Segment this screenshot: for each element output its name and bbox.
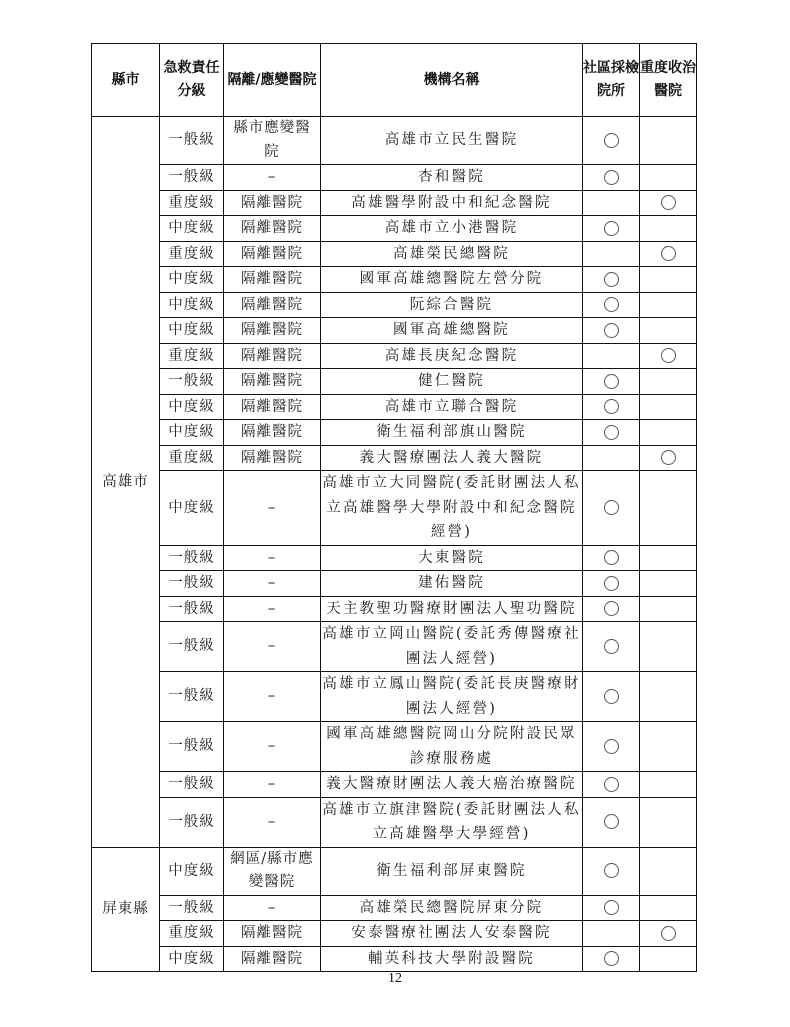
level-cell: 中度級 xyxy=(160,292,224,318)
severe-cell xyxy=(640,471,697,546)
institution-name-cell: 天主教聖功醫療財團法人聖功醫院 xyxy=(321,596,583,622)
circle-mark-icon xyxy=(661,926,676,941)
severe-cell xyxy=(640,318,697,344)
institution-name-cell: 衛生福利部旗山醫院 xyxy=(321,420,583,446)
severe-cell xyxy=(640,216,697,242)
severe-cell xyxy=(640,343,697,369)
institution-name-cell: 健仁醫院 xyxy=(321,369,583,395)
table-row: 中度級隔離醫院高雄市立聯合醫院 xyxy=(92,394,697,420)
institution-name-cell: 阮綜合醫院 xyxy=(321,292,583,318)
community-cell xyxy=(583,622,640,672)
circle-mark-icon xyxy=(604,863,619,878)
severe-cell xyxy=(640,847,697,895)
severe-cell xyxy=(640,895,697,921)
document-page: 縣市 急救責任分級 隔離/應變醫院 機構名稱 社區採檢院所 重度收治醫院 高雄市… xyxy=(0,0,790,1027)
institution-name-cell: 國軍高雄總醫院左營分院 xyxy=(321,267,583,293)
severe-cell xyxy=(640,797,697,847)
community-cell xyxy=(583,596,640,622)
severe-cell xyxy=(640,267,697,293)
isolation-cell: 隔離醫院 xyxy=(224,946,321,972)
isolation-cell: 隔離醫院 xyxy=(224,343,321,369)
isolation-cell: 隔離醫院 xyxy=(224,292,321,318)
community-cell xyxy=(583,545,640,571)
isolation-cell: 隔離醫院 xyxy=(224,921,321,947)
severe-cell xyxy=(640,596,697,622)
community-cell xyxy=(583,847,640,895)
severe-cell xyxy=(640,369,697,395)
institution-name-cell: 杏和醫院 xyxy=(321,165,583,191)
community-cell xyxy=(583,672,640,722)
header-name: 機構名稱 xyxy=(321,44,583,117)
level-cell: 一般級 xyxy=(160,797,224,847)
circle-mark-icon xyxy=(661,450,676,465)
level-cell: 中度級 xyxy=(160,847,224,895)
isolation-cell: – xyxy=(224,545,321,571)
institution-name-cell: 高雄市立大同醫院(委託財團法人私立高雄醫學大學附設中和紀念醫院經營) xyxy=(321,471,583,546)
table-row: 中度級隔離醫院衛生福利部旗山醫院 xyxy=(92,420,697,446)
table-row: 重度級隔離醫院高雄榮民總醫院 xyxy=(92,241,697,267)
table-row: 一般級–高雄市立岡山醫院(委託秀傳醫療社團法人經營) xyxy=(92,622,697,672)
isolation-cell: – xyxy=(224,722,321,772)
circle-mark-icon xyxy=(604,500,619,515)
isolation-cell: – xyxy=(224,797,321,847)
institution-name-cell: 安泰醫療社團法人安泰醫院 xyxy=(321,921,583,947)
severe-cell xyxy=(640,571,697,597)
circle-mark-icon xyxy=(604,639,619,654)
institution-name-cell: 輔英科技大學附設醫院 xyxy=(321,946,583,972)
isolation-cell: 隔離醫院 xyxy=(224,369,321,395)
community-cell xyxy=(583,946,640,972)
institution-name-cell: 高雄市立岡山醫院(委託秀傳醫療社團法人經營) xyxy=(321,622,583,672)
header-level: 急救責任分級 xyxy=(160,44,224,117)
severe-cell xyxy=(640,241,697,267)
isolation-cell: – xyxy=(224,596,321,622)
circle-mark-icon xyxy=(604,170,619,185)
circle-mark-icon xyxy=(661,348,676,363)
severe-cell xyxy=(640,117,697,165)
circle-mark-icon xyxy=(604,576,619,591)
isolation-cell: 隔離醫院 xyxy=(224,241,321,267)
circle-mark-icon xyxy=(661,246,676,261)
community-cell xyxy=(583,571,640,597)
level-cell: 重度級 xyxy=(160,241,224,267)
circle-mark-icon xyxy=(604,814,619,829)
isolation-cell: – xyxy=(224,622,321,672)
header-county: 縣市 xyxy=(92,44,160,117)
severe-cell xyxy=(640,722,697,772)
community-cell xyxy=(583,394,640,420)
table-row: 重度級隔離醫院高雄長庚紀念醫院 xyxy=(92,343,697,369)
level-cell: 中度級 xyxy=(160,946,224,972)
severe-cell xyxy=(640,165,697,191)
community-cell xyxy=(583,420,640,446)
table-row: 一般級–義大醫療財團法人義大癌治療醫院 xyxy=(92,772,697,798)
level-cell: 一般級 xyxy=(160,571,224,597)
circle-mark-icon xyxy=(604,374,619,389)
isolation-cell: 隔離醫院 xyxy=(224,318,321,344)
community-cell xyxy=(583,318,640,344)
table-row: 屏東縣中度級網區/縣市應變醫院衛生福利部屏東醫院 xyxy=(92,847,697,895)
table-row: 中度級隔離醫院輔英科技大學附設醫院 xyxy=(92,946,697,972)
community-cell xyxy=(583,772,640,798)
severe-cell xyxy=(640,545,697,571)
severe-cell xyxy=(640,772,697,798)
institution-name-cell: 高雄榮民總醫院屏東分院 xyxy=(321,895,583,921)
table-row: 一般級–建佑醫院 xyxy=(92,571,697,597)
severe-cell xyxy=(640,445,697,471)
severe-cell xyxy=(640,672,697,722)
severe-cell xyxy=(640,420,697,446)
institution-name-cell: 高雄市立旗津醫院(委託財團法人私立高雄醫學大學經營) xyxy=(321,797,583,847)
table-row: 一般級–國軍高雄總醫院岡山分院附設民眾診療服務處 xyxy=(92,722,697,772)
circle-mark-icon xyxy=(604,739,619,754)
table-row: 重度級隔離醫院高雄醫學附設中和紀念醫院 xyxy=(92,190,697,216)
level-cell: 一般級 xyxy=(160,596,224,622)
table-row: 一般級隔離醫院健仁醫院 xyxy=(92,369,697,395)
institution-name-cell: 建佑醫院 xyxy=(321,571,583,597)
level-cell: 中度級 xyxy=(160,471,224,546)
table-body: 高雄市一般級縣市應變醫院高雄市立民生醫院一般級–杏和醫院重度級隔離醫院高雄醫學附… xyxy=(92,117,697,972)
community-cell xyxy=(583,267,640,293)
institution-name-cell: 高雄市立鳳山醫院(委託長庚醫療財團法人經營) xyxy=(321,672,583,722)
header-severe: 重度收治醫院 xyxy=(640,44,697,117)
severe-cell xyxy=(640,921,697,947)
community-cell xyxy=(583,445,640,471)
circle-mark-icon xyxy=(604,689,619,704)
level-cell: 重度級 xyxy=(160,190,224,216)
community-cell xyxy=(583,216,640,242)
level-cell: 一般級 xyxy=(160,722,224,772)
level-cell: 一般級 xyxy=(160,672,224,722)
circle-mark-icon xyxy=(604,323,619,338)
table-row: 一般級–天主教聖功醫療財團法人聖功醫院 xyxy=(92,596,697,622)
level-cell: 重度級 xyxy=(160,343,224,369)
circle-mark-icon xyxy=(604,272,619,287)
circle-mark-icon xyxy=(604,221,619,236)
severe-cell xyxy=(640,394,697,420)
severe-cell xyxy=(640,190,697,216)
institution-name-cell: 高雄長庚紀念醫院 xyxy=(321,343,583,369)
level-cell: 一般級 xyxy=(160,165,224,191)
isolation-cell: 隔離醫院 xyxy=(224,190,321,216)
table-row: 一般級–大東醫院 xyxy=(92,545,697,571)
isolation-cell: – xyxy=(224,165,321,191)
level-cell: 一般級 xyxy=(160,117,224,165)
severe-cell xyxy=(640,622,697,672)
circle-mark-icon xyxy=(604,399,619,414)
level-cell: 中度級 xyxy=(160,216,224,242)
isolation-cell: 隔離醫院 xyxy=(224,394,321,420)
community-cell xyxy=(583,722,640,772)
isolation-cell: 隔離醫院 xyxy=(224,216,321,242)
community-cell xyxy=(583,895,640,921)
circle-mark-icon xyxy=(604,297,619,312)
level-cell: 一般級 xyxy=(160,895,224,921)
hospital-table: 縣市 急救責任分級 隔離/應變醫院 機構名稱 社區採檢院所 重度收治醫院 高雄市… xyxy=(91,43,697,972)
isolation-cell: – xyxy=(224,471,321,546)
institution-name-cell: 高雄醫學附設中和紀念醫院 xyxy=(321,190,583,216)
community-cell xyxy=(583,241,640,267)
table-row: 重度級隔離醫院義大醫療團法人義大醫院 xyxy=(92,445,697,471)
level-cell: 重度級 xyxy=(160,921,224,947)
institution-name-cell: 大東醫院 xyxy=(321,545,583,571)
table-row: 重度級隔離醫院安泰醫療社團法人安泰醫院 xyxy=(92,921,697,947)
isolation-cell: 隔離醫院 xyxy=(224,445,321,471)
level-cell: 一般級 xyxy=(160,369,224,395)
circle-mark-icon xyxy=(661,195,676,210)
level-cell: 重度級 xyxy=(160,445,224,471)
institution-name-cell: 國軍高雄總醫院 xyxy=(321,318,583,344)
level-cell: 一般級 xyxy=(160,545,224,571)
institution-name-cell: 國軍高雄總醫院岡山分院附設民眾診療服務處 xyxy=(321,722,583,772)
community-cell xyxy=(583,165,640,191)
institution-name-cell: 高雄市立民生醫院 xyxy=(321,117,583,165)
level-cell: 中度級 xyxy=(160,318,224,344)
circle-mark-icon xyxy=(604,601,619,616)
circle-mark-icon xyxy=(604,777,619,792)
level-cell: 一般級 xyxy=(160,622,224,672)
institution-name-cell: 義大醫療團法人義大醫院 xyxy=(321,445,583,471)
severe-cell xyxy=(640,946,697,972)
circle-mark-icon xyxy=(604,550,619,565)
page-number: 12 xyxy=(0,971,790,987)
isolation-cell: – xyxy=(224,571,321,597)
community-cell xyxy=(583,292,640,318)
isolation-cell: – xyxy=(224,895,321,921)
institution-name-cell: 義大醫療財團法人義大癌治療醫院 xyxy=(321,772,583,798)
institution-name-cell: 高雄市立聯合醫院 xyxy=(321,394,583,420)
table-row: 高雄市一般級縣市應變醫院高雄市立民生醫院 xyxy=(92,117,697,165)
table-row: 一般級–高雄市立鳳山醫院(委託長庚醫療財團法人經營) xyxy=(92,672,697,722)
county-cell: 高雄市 xyxy=(92,117,160,848)
severe-cell xyxy=(640,292,697,318)
table-header-row: 縣市 急救責任分級 隔離/應變醫院 機構名稱 社區採檢院所 重度收治醫院 xyxy=(92,44,697,117)
community-cell xyxy=(583,471,640,546)
table-row: 中度級隔離醫院國軍高雄總醫院 xyxy=(92,318,697,344)
isolation-cell: – xyxy=(224,772,321,798)
level-cell: 中度級 xyxy=(160,267,224,293)
table-row: 一般級–杏和醫院 xyxy=(92,165,697,191)
table-row: 中度級隔離醫院高雄市立小港醫院 xyxy=(92,216,697,242)
isolation-cell: 縣市應變醫院 xyxy=(224,117,321,165)
table-row: 中度級隔離醫院國軍高雄總醫院左營分院 xyxy=(92,267,697,293)
level-cell: 中度級 xyxy=(160,394,224,420)
isolation-cell: – xyxy=(224,672,321,722)
community-cell xyxy=(583,921,640,947)
isolation-cell: 網區/縣市應變醫院 xyxy=(224,847,321,895)
community-cell xyxy=(583,190,640,216)
table-row: 中度級–高雄市立大同醫院(委託財團法人私立高雄醫學大學附設中和紀念醫院經營) xyxy=(92,471,697,546)
institution-name-cell: 高雄市立小港醫院 xyxy=(321,216,583,242)
circle-mark-icon xyxy=(604,133,619,148)
circle-mark-icon xyxy=(604,951,619,966)
community-cell xyxy=(583,369,640,395)
level-cell: 一般級 xyxy=(160,772,224,798)
header-community: 社區採檢院所 xyxy=(583,44,640,117)
level-cell: 中度級 xyxy=(160,420,224,446)
community-cell xyxy=(583,343,640,369)
isolation-cell: 隔離醫院 xyxy=(224,420,321,446)
table-row: 一般級–高雄榮民總醫院屏東分院 xyxy=(92,895,697,921)
institution-name-cell: 高雄榮民總醫院 xyxy=(321,241,583,267)
community-cell xyxy=(583,797,640,847)
table-row: 中度級隔離醫院阮綜合醫院 xyxy=(92,292,697,318)
county-cell: 屏東縣 xyxy=(92,847,160,972)
isolation-cell: 隔離醫院 xyxy=(224,267,321,293)
circle-mark-icon xyxy=(604,900,619,915)
community-cell xyxy=(583,117,640,165)
circle-mark-icon xyxy=(604,425,619,440)
institution-name-cell: 衛生福利部屏東醫院 xyxy=(321,847,583,895)
header-isolation: 隔離/應變醫院 xyxy=(224,44,321,117)
table-row: 一般級–高雄市立旗津醫院(委託財團法人私立高雄醫學大學經營) xyxy=(92,797,697,847)
